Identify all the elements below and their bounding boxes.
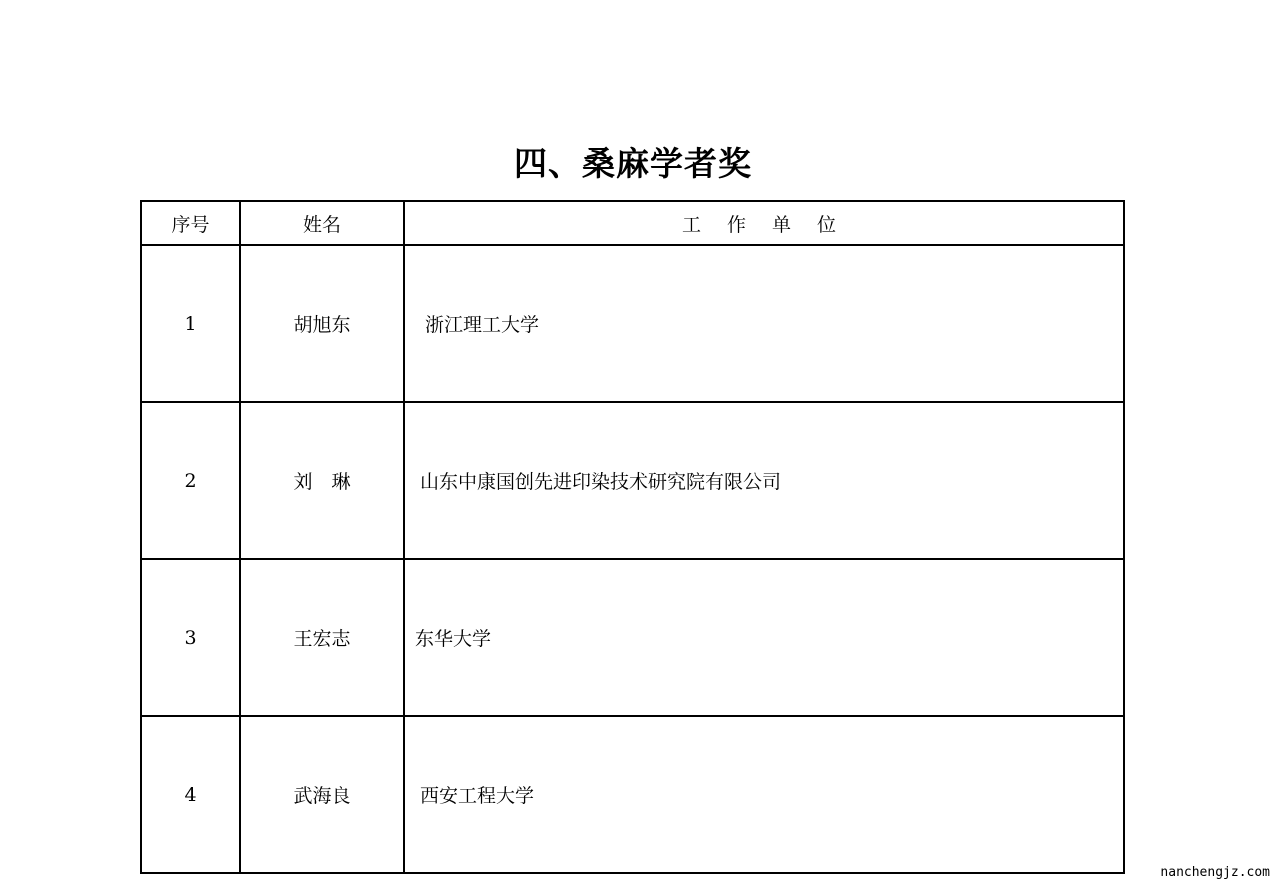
- workplace-text: 山东中康国创先进印染技术研究院有限公司: [405, 467, 781, 494]
- header-name: 姓名: [240, 201, 404, 245]
- cell-name: 刘 琳: [240, 402, 404, 559]
- awards-table: 序号 姓名 工 作 单 位 1 胡旭东 浙江理工大学 2 刘 琳 山东中康国创先…: [140, 200, 1125, 874]
- workplace-text: 东华大学: [405, 624, 491, 651]
- cell-workplace: 东华大学: [404, 559, 1124, 716]
- cell-serial: 3: [141, 559, 240, 716]
- table-row: 1 胡旭东 浙江理工大学: [141, 245, 1124, 402]
- cell-workplace: 山东中康国创先进印染技术研究院有限公司: [404, 402, 1124, 559]
- table-row: 2 刘 琳 山东中康国创先进印染技术研究院有限公司: [141, 402, 1124, 559]
- cell-workplace: 西安工程大学: [404, 716, 1124, 873]
- header-serial: 序号: [141, 201, 240, 245]
- table-row: 3 王宏志 东华大学: [141, 559, 1124, 716]
- cell-serial: 2: [141, 402, 240, 559]
- workplace-text: 西安工程大学: [405, 781, 534, 808]
- cell-name: 武海良: [240, 716, 404, 873]
- header-workplace: 工 作 单 位: [404, 201, 1124, 245]
- page-title: 四、桑麻学者奖: [0, 138, 1266, 185]
- table-row: 4 武海良 西安工程大学: [141, 716, 1124, 873]
- table-header-row: 序号 姓名 工 作 单 位: [141, 201, 1124, 245]
- cell-name: 胡旭东: [240, 245, 404, 402]
- cell-workplace: 浙江理工大学: [404, 245, 1124, 402]
- cell-serial: 4: [141, 716, 240, 873]
- cell-serial: 1: [141, 245, 240, 402]
- workplace-text: 浙江理工大学: [405, 310, 539, 337]
- watermark-text: nanchengjz.com: [1160, 865, 1270, 880]
- cell-name: 王宏志: [240, 559, 404, 716]
